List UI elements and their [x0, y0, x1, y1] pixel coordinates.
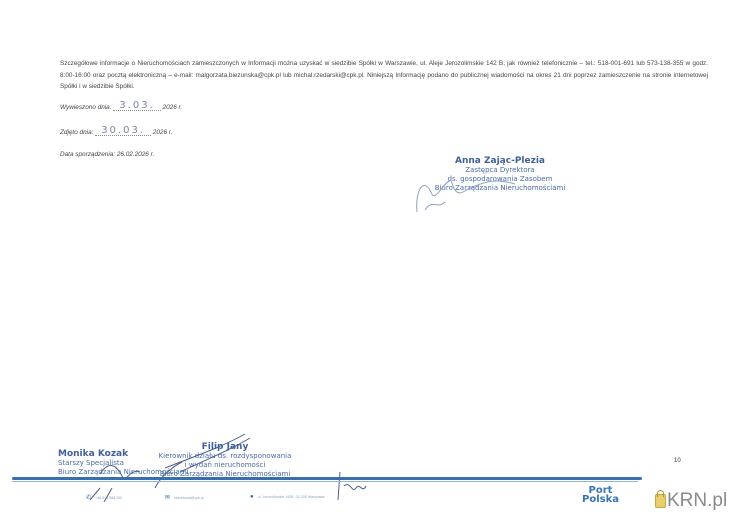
- posted-suffix: 2026 r.: [163, 104, 183, 111]
- director-title: Zastępca Dyrektora: [415, 166, 585, 175]
- posted-label: Wywieszono dnia:: [60, 104, 112, 111]
- posted-handwritten-date: 3.03.: [113, 101, 160, 111]
- page-number: 10: [674, 458, 681, 464]
- director-office: Biuro Zarządzania Nieruchomościami: [415, 184, 585, 193]
- port-polska-logo: Port Polska: [582, 486, 619, 504]
- prepared-date-field: Data sporządzenia: 26.02.2026 r.: [60, 151, 154, 158]
- director-stamp: Anna Zając-Plezia Zastępca Dyrektora ds.…: [415, 157, 585, 193]
- prepared-value: 26.02.2026 r.: [117, 151, 154, 158]
- posted-date-field: Wywieszono dnia: 3.03. 2026 r.: [60, 102, 182, 112]
- removed-date-field: Zdjęto dnia: 30.03. 2026 r.: [60, 127, 172, 137]
- info-paragraph: Szczegółowe informacje o Nieruchomościac…: [60, 58, 708, 93]
- mail-icon: ✉: [165, 494, 170, 501]
- manager-name: Filip Jany: [150, 443, 300, 452]
- location-pin-icon: ●: [250, 494, 254, 500]
- manager-dept: i wydań nieruchomości: [150, 461, 300, 470]
- prepared-label: Data sporządzenia:: [60, 151, 115, 158]
- director-dept: ds. gospodarowania Zasobem: [415, 175, 585, 184]
- krn-watermark: KRN.pl: [655, 490, 727, 512]
- removed-suffix: 2026 r.: [153, 129, 173, 136]
- footer-divider-thin: [12, 481, 638, 482]
- director-name: Anna Zając-Plezia: [415, 157, 585, 166]
- footer-address: ● ul. Jerozolimskie 142B, 02-305 Warszaw…: [250, 494, 324, 500]
- manager-title: Kierownik działu ds. rozdysponowania: [150, 452, 300, 461]
- phone-icon: ✆: [86, 494, 91, 501]
- footer-email: ✉ sekretariat@cpk.pl: [165, 494, 204, 501]
- removed-handwritten-date: 30.03.: [95, 126, 151, 136]
- removed-label: Zdjęto dnia:: [60, 129, 93, 136]
- manager-stamp: Filip Jany Kierownik działu ds. rozdyspo…: [150, 443, 300, 479]
- lock-icon: [655, 494, 666, 508]
- footer-divider: [12, 477, 642, 480]
- footer-phone: ✆ +48 518 588 000: [86, 494, 122, 501]
